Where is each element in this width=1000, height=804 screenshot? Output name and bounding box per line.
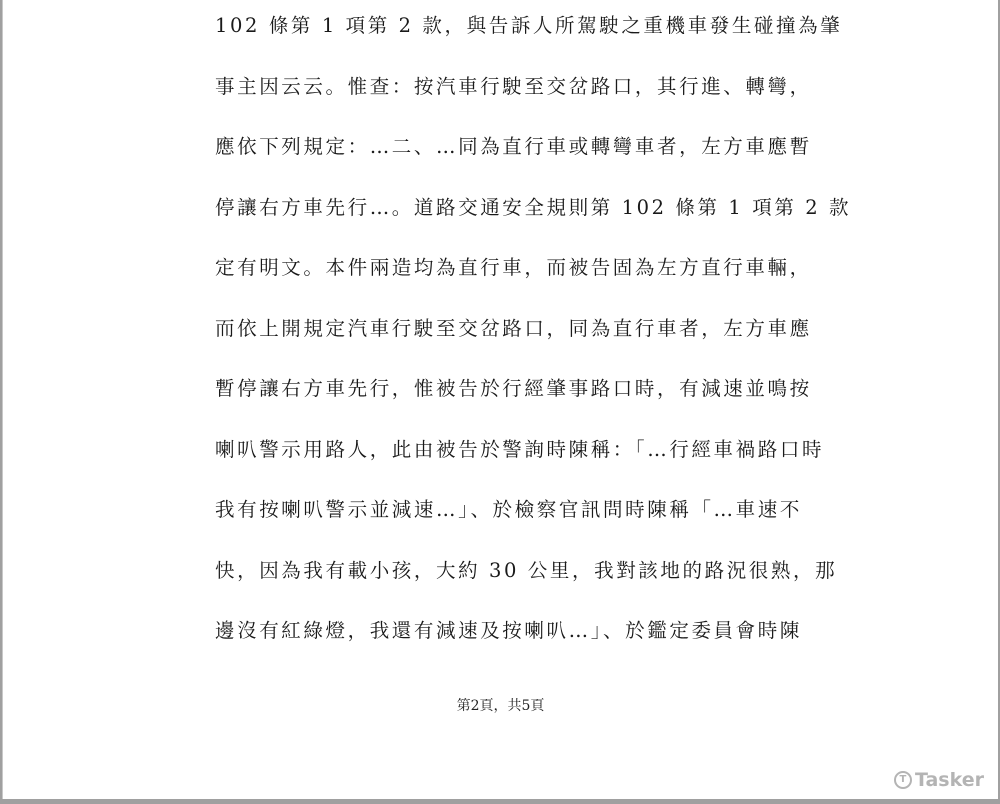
text-line: 事主因云云。惟查：按汽車行駛至交岔路口，其行進、轉彎，	[215, 69, 855, 130]
watermark-label: Tasker	[915, 769, 984, 791]
text-line: 102 條第 1 項第 2 款，與告訴人所駕駛之重機車發生碰撞為肇	[215, 8, 855, 69]
text-line: 喇叭警示用路人，此由被告於警詢時陳稱：「…行經車禍路口時	[215, 432, 855, 493]
document-viewer: 102 條第 1 項第 2 款，與告訴人所駕駛之重機車發生碰撞為肇 事主因云云。…	[0, 0, 1000, 804]
document-page: 102 條第 1 項第 2 款，與告訴人所駕駛之重機車發生碰撞為肇 事主因云云。…	[2, 0, 998, 799]
text-line: 應依下列規定：…二、…同為直行車或轉彎車者，左方車應暫	[215, 129, 855, 190]
text-line: 我有按喇叭警示並減速…」、於檢察官訊問時陳稱「…車速不	[215, 492, 855, 553]
document-body: 102 條第 1 項第 2 款，與告訴人所駕駛之重機車發生碰撞為肇 事主因云云。…	[215, 8, 855, 674]
text-line: 暫停讓右方車先行，惟被告於行經肇事路口時，有減速並鳴按	[215, 371, 855, 432]
text-line: 而依上開規定汽車行駛至交岔路口，同為直行車者，左方車應	[215, 311, 855, 372]
text-line: 快，因為我有載小孩，大約 30 公里，我對該地的路況很熟，那	[215, 553, 855, 614]
text-line: 停讓右方車先行…。道路交通安全規則第 102 條第 1 項第 2 款	[215, 190, 855, 251]
tasker-logo-icon: T	[894, 771, 912, 789]
text-line: 邊沒有紅綠燈，我還有減速及按喇叭…」、於鑑定委員會時陳	[215, 613, 855, 674]
tasker-watermark: T Tasker	[894, 769, 984, 791]
text-line: 定有明文。本件兩造均為直行車，而被告固為左方直行車輛，	[215, 250, 855, 311]
page-number-footer: 第2頁，共5頁	[3, 695, 998, 715]
